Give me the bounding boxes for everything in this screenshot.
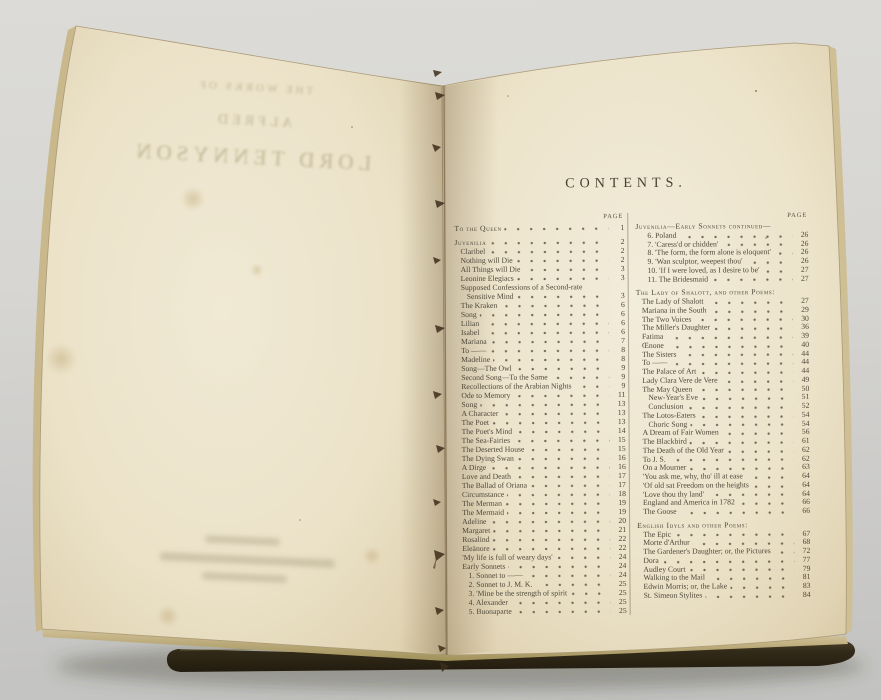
toc-entry-title: 3. 'Mine be the strength of spirit: [469, 588, 568, 598]
contents-page: CONTENTS. PAGE To the Queen1Juvenilia2Cl…: [444, 175, 811, 616]
toc-entry-page-number: 20: [612, 516, 626, 525]
dot-leader: [526, 574, 611, 578]
dot-leader: [488, 250, 608, 254]
dot-leader: [513, 394, 609, 398]
toc-entry-title: Ode to Memory: [461, 391, 510, 400]
dot-leader: [713, 327, 793, 330]
toc-entry-page-number: 16: [612, 453, 626, 462]
toc-entry-page-number: 24: [612, 552, 626, 561]
dot-leader: [507, 493, 610, 497]
toc-entry-page-number: 19: [612, 498, 626, 507]
dot-leader: [690, 441, 794, 445]
toc-entry-title: The Dying Swan: [462, 454, 514, 463]
dot-leader: [730, 586, 794, 589]
toc-entry-page-number: 9: [611, 372, 625, 381]
dot-leader: [746, 476, 794, 479]
dot-leader: [480, 403, 609, 407]
toc-entry-page-number: 3: [611, 264, 625, 273]
toc-entry-title: Madeline: [461, 355, 490, 364]
dot-leader: [699, 414, 794, 418]
dot-leader: [489, 349, 609, 353]
toc-entry-title: Song: [461, 400, 477, 409]
page-title: CONTENTS.: [444, 175, 808, 193]
dot-leader: [493, 538, 611, 542]
toc-entry-page-number: 22: [612, 543, 626, 552]
toc-entry-page-number: 6: [611, 309, 625, 318]
toc-entry-page-number: 17: [612, 480, 626, 489]
dot-leader: [511, 601, 611, 605]
toc-entry-title: Eleänore: [462, 544, 489, 553]
toc-entry-page-number: 15: [612, 435, 626, 444]
toc-entry-title: All Things will Die: [461, 265, 521, 274]
dot-leader: [523, 268, 608, 272]
dot-leader: [480, 313, 609, 317]
toc-entry-page-number: 9: [611, 363, 625, 372]
dot-leader: [707, 493, 794, 497]
contents-column-left: PAGE To the Queen1Juvenilia2Claribel2Not…: [454, 213, 629, 616]
dot-leader: [727, 449, 794, 452]
toc-entry-title: Lilian: [461, 319, 479, 328]
toc-entry-title: St. Simeon Stylites: [644, 591, 703, 600]
dot-leader: [482, 331, 609, 335]
dot-leader: [693, 542, 795, 546]
dot-leader: [517, 277, 609, 281]
book-photograph: THE WORKS OF ALFRED LORD TENNYSON CONTEN…: [0, 0, 881, 700]
paper-stain: [180, 188, 206, 210]
toc-entry-title: The Poet's Mind: [462, 427, 513, 436]
dot-leader: [745, 261, 792, 264]
dot-leader: [711, 278, 793, 281]
toc-entry-title: 1. Sonnet to ——: [468, 571, 522, 580]
contents-column-right: PAGE Juvenilia—Early Sonnets continued—6…: [627, 212, 810, 615]
paper-stain: [46, 342, 76, 376]
toc-entry-page-number: 3: [611, 273, 625, 282]
dot-leader: [774, 551, 795, 554]
show-through-line: ALFRED: [118, 107, 388, 137]
dot-leader: [505, 227, 609, 231]
toc-entry-page-number: 15: [612, 444, 626, 453]
toc-entry-title: The Ballad of Oriana: [462, 481, 527, 490]
toc-entry-page-number: 2: [610, 246, 624, 255]
toc-entry: 11. The Bridesmaid27: [636, 274, 809, 284]
toc-entry-page-number: 7: [611, 336, 625, 345]
toc-entry-page-number: 6: [611, 327, 625, 336]
dot-leader: [688, 568, 794, 572]
dot-leader: [489, 466, 610, 470]
toc-entry-page-number: 66: [796, 507, 810, 516]
toc-section-heading: To the Queen1: [454, 223, 624, 233]
dot-leader: [482, 322, 609, 326]
dot-leader: [721, 243, 792, 246]
dot-leader: [516, 259, 609, 263]
toc-entry-title: To the Queen: [454, 224, 501, 233]
toc-entry-page-number: 21: [612, 525, 626, 534]
dot-leader: [556, 556, 611, 559]
dot-leader: [500, 304, 609, 308]
toc-entry-page-number: 6: [611, 318, 625, 327]
dot-leader: [662, 559, 795, 563]
toc-entry-page-number: 2: [610, 255, 624, 264]
toc-entry-title: Supposed Confessions of a Second-rate: [461, 282, 583, 292]
toc-entry-page-number: 13: [611, 399, 625, 408]
dot-leader: [490, 340, 609, 344]
toc-entry: The Goose66: [637, 507, 810, 517]
dot-leader: [774, 252, 793, 255]
dot-leader: [694, 318, 793, 322]
paper-stain: [250, 264, 264, 276]
toc-entry-page-number: 16: [612, 462, 626, 471]
toc-entry-title: Leonine Elegiacs: [461, 274, 514, 283]
dot-leader: [689, 467, 793, 471]
toc-entry-title: The Merman: [462, 499, 502, 508]
toc-entry: St. Simeon Stylites84: [638, 591, 811, 601]
toc-entry-page-number: 13: [611, 408, 625, 417]
dot-leader: [515, 367, 609, 371]
toc-entry-page-number: 24: [612, 570, 626, 579]
dot-leader: [721, 379, 794, 382]
dot-leader: [679, 234, 792, 238]
dot-leader: [535, 583, 610, 586]
toc-entry-page-number: 22: [612, 534, 626, 543]
toc-entry-title: Song—The Owl: [461, 364, 512, 373]
dot-leader: [574, 385, 609, 388]
dot-leader: [530, 484, 610, 487]
dot-leader: [738, 502, 794, 505]
toc-entry-page-number: 8: [611, 345, 625, 354]
dot-leader: [669, 458, 794, 462]
toc-entry-title: The Poet: [461, 418, 489, 427]
toc-entry-title: 'My life is full of weary days': [462, 552, 552, 562]
toc-entry-page-number: 25: [613, 588, 627, 597]
dot-leader: [701, 397, 794, 401]
toc-entry-title: Adeline: [462, 517, 486, 526]
toc-entry-page-number: 11: [611, 390, 625, 399]
dot-leader: [667, 344, 793, 348]
toc-entry-title: The Sea-Fairies: [462, 436, 511, 445]
toc-entry-title: A Character: [461, 409, 498, 418]
toc-entry-title: The Goose: [643, 508, 677, 517]
toc-entry-page-number: 2: [610, 237, 624, 246]
dot-leader: [752, 484, 794, 487]
toc-entry-title: 4. Alexander: [469, 598, 508, 607]
dot-leader: [489, 520, 610, 524]
dot-leader: [679, 353, 793, 357]
toc-entry-title: 2. Sonnet to J. M. K.: [468, 580, 532, 589]
paper-stain: [362, 548, 382, 564]
dot-leader: [501, 412, 609, 416]
dot-leader: [493, 358, 609, 362]
dot-leader: [690, 423, 793, 427]
toc-entry-title: Claribel: [460, 247, 485, 256]
dot-leader: [722, 432, 794, 435]
gutter-shadow-left: [400, 80, 446, 655]
toc-entry-title: Song: [461, 310, 477, 319]
dot-leader: [492, 421, 609, 425]
toc-entry: 5. Buonaparte25: [457, 606, 627, 616]
dot-leader: [527, 448, 609, 452]
toc-entry-title: Sensitive Mind: [467, 292, 514, 301]
dot-leader: [493, 547, 611, 551]
toc-entry-title: The Gardener's Daughter; or, the Picture…: [643, 547, 771, 557]
dot-leader: [507, 511, 610, 515]
dot-leader: [513, 439, 610, 443]
toc-entry-title: Mariana: [461, 337, 487, 346]
toc-entry-title: Juvenilia: [454, 238, 486, 247]
dot-leader: [517, 457, 610, 461]
toc-entry-title: Rosalind: [462, 535, 489, 544]
toc-entry-page-number: 84: [797, 591, 811, 600]
toc-entry-page-number: 17: [612, 471, 626, 480]
show-through-title-text: THE WORKS OF ALFRED LORD TENNYSON: [116, 75, 390, 177]
dot-leader: [695, 388, 793, 392]
dot-leader: [493, 529, 610, 533]
toc-entry-title: The Mermaid: [462, 508, 504, 517]
toc-entry-page-number: 18: [612, 489, 626, 498]
toc-entry-title: The Kraken: [461, 301, 498, 310]
dot-leader: [514, 475, 610, 479]
dot-leader: [666, 336, 793, 340]
toc-entry-title: Isabel: [461, 328, 479, 337]
dot-leader: [508, 565, 610, 569]
dot-leader: [699, 371, 793, 375]
toc-entry-page-number: 19: [612, 507, 626, 516]
paper-stain: [156, 606, 180, 626]
page-column-label: PAGE: [635, 212, 808, 220]
dot-leader: [515, 610, 611, 614]
toc-entry-page-number: 25: [612, 579, 626, 588]
toc-entry-title: Love and Death: [462, 472, 511, 481]
toc-entry-page-number: 1: [610, 223, 624, 232]
toc-entry-title: 11. The Bridesmaid: [648, 275, 708, 284]
toc-entry-page-number: 3: [611, 291, 625, 300]
toc-entry-page-number: 25: [613, 597, 627, 606]
toc-entry-title: Margaret: [462, 526, 490, 535]
dot-leader: [489, 241, 608, 245]
toc-entry-title: 5. Buonaparte: [469, 607, 512, 616]
dot-leader: [680, 511, 794, 515]
dot-leader: [570, 592, 610, 595]
toc-entry-title: A Dirge: [462, 463, 486, 472]
toc-entry-page-number: 24: [612, 561, 626, 570]
toc-entry-page-number: 13: [611, 417, 625, 426]
toc-entry-page-number: 25: [613, 606, 627, 615]
toc-entry-title: To ——: [461, 346, 486, 355]
dot-leader: [706, 301, 792, 305]
toc-entry-page-number: 9: [611, 381, 625, 390]
dot-leader: [551, 376, 610, 379]
toc-entry-title: Circumstance: [462, 490, 504, 499]
dot-leader: [710, 309, 793, 313]
dot-leader: [686, 406, 793, 410]
page-column-label: PAGE: [454, 213, 624, 221]
toc-entry-page-number: 6: [611, 300, 625, 309]
toc-entry-title: Nothing will Die: [460, 256, 512, 265]
contents-columns: PAGE To the Queen1Juvenilia2Claribel2Not…: [444, 212, 810, 616]
dot-leader: [670, 362, 793, 366]
toc-entry-title: Early Sonnets: [462, 562, 505, 571]
toc-entry-title: Recollections of the Arabian Nights: [461, 381, 571, 391]
dot-leader: [515, 430, 610, 434]
dot-leader: [708, 577, 795, 581]
toc-entry-page-number: 27: [795, 274, 809, 283]
dot-leader: [674, 533, 794, 537]
dot-leader: [505, 502, 610, 506]
toc-entry-title: The Deserted House: [462, 445, 525, 454]
toc-entry-page-number: 8: [611, 354, 625, 363]
dot-leader: [517, 295, 609, 299]
dot-leader: [705, 594, 794, 598]
toc-entry-page-number: 14: [612, 426, 626, 435]
dot-leader: [762, 269, 792, 272]
